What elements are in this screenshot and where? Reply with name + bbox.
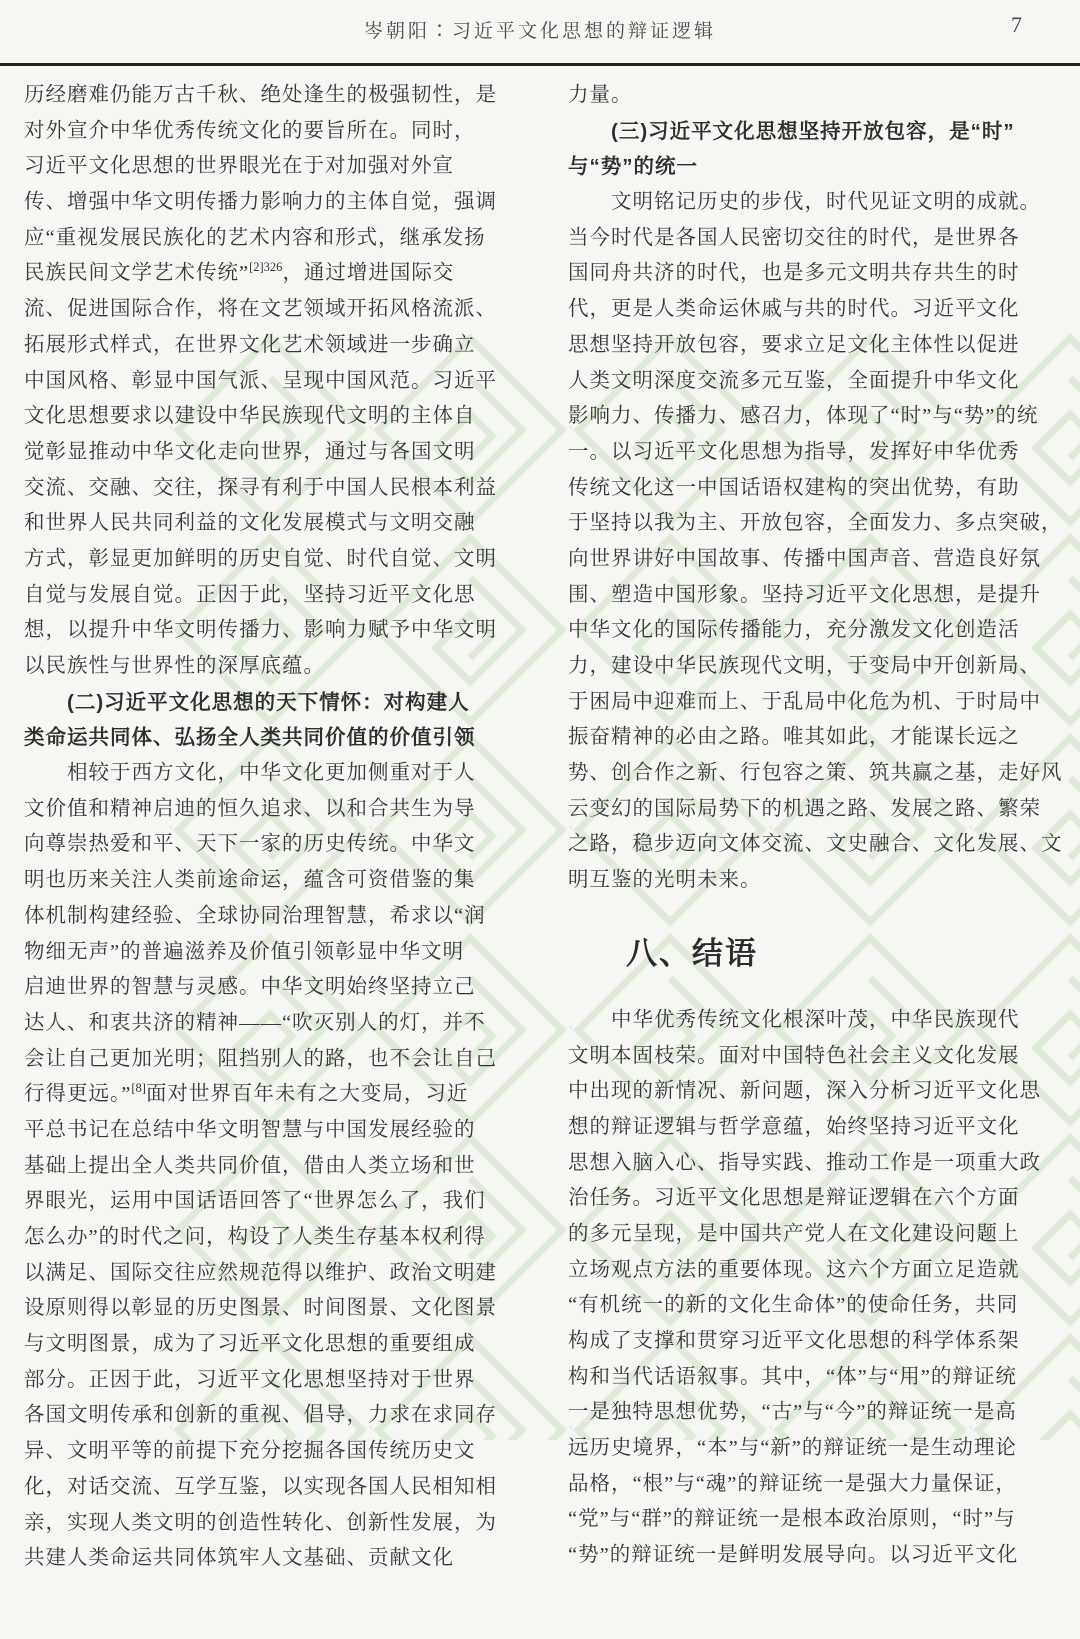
text-line: 历经磨难仍能万古千秋、绝处逢生的极强韧性，是 bbox=[24, 78, 516, 114]
text-line: 部分。正因于此，习近平文化思想坚持对于世界 bbox=[24, 1363, 516, 1399]
text-line: 当今时代是各国人民密切交往的时代，是世界各 bbox=[568, 221, 1056, 257]
text-line: 想的辩证逻辑与哲学意蕴，始终坚持习近平文化 bbox=[568, 1110, 1056, 1146]
text-line: 中国风格、彰显中国气派、呈现中国风范。习近平 bbox=[24, 364, 516, 400]
text-line: 向世界讲好中国故事、传播中国声音、营造良好氛 bbox=[568, 542, 1056, 578]
text-line: 之路，稳步迈向文体交流、文史融合、文化发展、文 bbox=[568, 827, 1056, 863]
section-heading: 八、结语 bbox=[568, 899, 1056, 1003]
text-line: 交流、交融、交往，探寻有利于中国人民根本利益 bbox=[24, 471, 516, 507]
citation-superscript: [8] bbox=[131, 1081, 146, 1095]
text-line: 自觉与发展自觉。正因于此，坚持习近平文化思 bbox=[24, 578, 516, 614]
text-line: 想，以提升中华文明传播力、影响力赋予中华文明 bbox=[24, 613, 516, 649]
text-line: 共建人类命运共同体筑牢人文基础、贡献文化 bbox=[24, 1541, 516, 1577]
text-line: 会让自己更加光明；阻挡别人的路，也不会让自己 bbox=[24, 1042, 516, 1078]
text-line: 于困局中迎难而上、于乱局中化危为机、于时局中 bbox=[568, 685, 1056, 721]
text-line: 和世界人民共同利益的文化发展模式与文明交融 bbox=[24, 506, 516, 542]
text-line: 怎么办”的时代之问，构设了人类生存基本权利得 bbox=[24, 1220, 516, 1256]
text-line: 习近平文化思想的世界眼光在于对加强对外宣 bbox=[24, 149, 516, 185]
text-line: 思想坚持开放包容，要求立足文化主体性以促进 bbox=[568, 328, 1056, 364]
page-number: 7 bbox=[1011, 12, 1022, 38]
text-line: 应“重视发展民族化的艺术内容和形式，继承发扬 bbox=[24, 221, 516, 257]
text-line: 达人、和衷共济的精神——“吹灭别人的灯，并不 bbox=[24, 1006, 516, 1042]
text-line: 文明铭记历史的步伐，时代见证文明的成就。 bbox=[568, 185, 1056, 221]
text-line: “有机统一的新的文化生命体”的使命任务，共同 bbox=[568, 1288, 1056, 1324]
left-column: 历经磨难仍能万古千秋、绝处逢生的极强韧性，是对外宣介中华优秀传统文化的要旨所在。… bbox=[24, 78, 516, 1577]
text-line: 民族民间文学艺术传统”[2]326，通过增进国际交 bbox=[24, 256, 516, 292]
text-line: 中华优秀传统文化根深叶茂，中华民族现代 bbox=[568, 1003, 1056, 1039]
text-line: 方式，彰显更加鲜明的历史自觉、时代自觉、文明 bbox=[24, 542, 516, 578]
text-line: 拓展形式样式，在世界文化艺术领域进一步确立 bbox=[24, 328, 516, 364]
text-line: 构和当代话语叙事。其中，“体”与“用”的辩证统 bbox=[568, 1360, 1056, 1396]
text-line: 力量。 bbox=[568, 78, 1056, 114]
text-line: 流、促进国际合作，将在文艺领域开拓风格流派、 bbox=[24, 292, 516, 328]
text-line: 中华文化的国际传播能力，充分激发文化创造活 bbox=[568, 613, 1056, 649]
text-line: 远历史境界，“本”与“新”的辩证统一是生动理论 bbox=[568, 1431, 1056, 1467]
subheading-line: 与“势”的统一 bbox=[568, 149, 1056, 185]
text-line: 界眼光，运用中国话语回答了“世界怎么了，我们 bbox=[24, 1184, 516, 1220]
text-line: “党”与“群”的辩证统一是根本政治原则，“时”与 bbox=[568, 1502, 1056, 1538]
text-line: 平总书记在总结中华文明智慧与中国发展经验的 bbox=[24, 1113, 516, 1149]
text-line: 一是独特思想优势，“古”与“今”的辩证统一是高 bbox=[568, 1395, 1056, 1431]
subheading-line: (三)习近平文化思想坚持开放包容，是“时” bbox=[568, 114, 1056, 150]
text-line: 对外宣介中华优秀传统文化的要旨所在。同时， bbox=[24, 114, 516, 150]
text-line: 向尊崇热爱和平、天下一家的历史传统。中华文 bbox=[24, 827, 516, 863]
text-line: 传统文化这一中国话语权建构的突出优势，有助 bbox=[568, 471, 1056, 507]
text-line: 于坚持以我为主、开放包容，全面发力、多点突破， bbox=[568, 506, 1056, 542]
text-line: 治任务。习近平文化思想是辩证逻辑在六个方面 bbox=[568, 1181, 1056, 1217]
running-head-title: 岑朝阳∶习近平文化思想的辩证逻辑 bbox=[0, 16, 1080, 43]
text-line: 各国文明传承和创新的重视、倡导，力求在求同存 bbox=[24, 1398, 516, 1434]
text-line: 明也历来关注人类前途命运，蕴含可资借鉴的集 bbox=[24, 863, 516, 899]
text-line: 立场观点方法的重要体现。这六个方面立足造就 bbox=[568, 1253, 1056, 1289]
text-line: 亲，实现人类文明的创造性转化、创新性发展，为 bbox=[24, 1506, 516, 1542]
text-line: 明互鉴的光明未来。 bbox=[568, 863, 1056, 899]
text-line: 设原则得以彰显的历史图景、时间图景、文化图景 bbox=[24, 1291, 516, 1327]
citation-superscript: [2]326 bbox=[249, 261, 282, 275]
text-line: 思想入脑入心、指导实践、推动工作是一项重大政 bbox=[568, 1146, 1056, 1182]
right-column: 力量。 (三)习近平文化思想坚持开放包容，是“时”与“势”的统一 文明铭记历史的… bbox=[568, 78, 1056, 1574]
text-line: 传、增强中华文明传播力影响力的主体自觉，强调 bbox=[24, 185, 516, 221]
subheading-line: (二)习近平文化思想的天下情怀：对构建人 bbox=[24, 685, 516, 721]
text-line: 力，建设中华民族现代文明，于变局中开创新局、 bbox=[568, 649, 1056, 685]
text-line: 国同舟共济的时代，也是多元文明共存共生的时 bbox=[568, 256, 1056, 292]
text-line: 文价值和精神启迪的恒久追求、以和合共生为导 bbox=[24, 792, 516, 828]
text-line: 构成了支撑和贯穿习近平文化思想的科学体系架 bbox=[568, 1324, 1056, 1360]
text-line: 中出现的新情况、新问题，深入分析习近平文化思 bbox=[568, 1074, 1056, 1110]
text-line: 文化思想要求以建设中华民族现代文明的主体自 bbox=[24, 399, 516, 435]
text-line: 一。以习近平文化思想为指导，发挥好中华优秀 bbox=[568, 435, 1056, 471]
text-line: 基础上提出全人类共同价值，借由人类立场和世 bbox=[24, 1149, 516, 1185]
text-line: 化，对话交流、互学互鉴，以实现各国人民相知相 bbox=[24, 1470, 516, 1506]
text-line: 与文明图景，成为了习近平文化思想的重要组成 bbox=[24, 1327, 516, 1363]
text-line: 品格，“根”与“魂”的辩证统一是强大力量保证， bbox=[568, 1467, 1056, 1503]
text-line: 的多元呈现，是中国共产党人在文化建设问题上 bbox=[568, 1217, 1056, 1253]
text-line: 物细无声”的普遍滋养及价值引领彰显中华文明 bbox=[24, 935, 516, 971]
text-line: 以民族性与世界性的深厚底蕴。 bbox=[24, 649, 516, 685]
page-header: 岑朝阳∶习近平文化思想的辩证逻辑 7 bbox=[0, 0, 1080, 58]
text-line: 人类文明深度交流多元互鉴，全面提升中华文化 bbox=[568, 364, 1056, 400]
text-line: 启迪世界的智慧与灵感。中华文明始终坚持立己 bbox=[24, 970, 516, 1006]
text-line: 围、塑造中国形象。坚持习近平文化思想，是提升 bbox=[568, 578, 1056, 614]
text-line: 振奋精神的必由之路。唯其如此，才能谋长远之 bbox=[568, 720, 1056, 756]
text-line: 代，更是人类命运休戚与共的时代。习近平文化 bbox=[568, 292, 1056, 328]
header-rule bbox=[0, 63, 1080, 66]
text-line: 文明本固枝荣。面对中国特色社会主义文化发展 bbox=[568, 1039, 1056, 1075]
text-line: 相较于西方文化，中华文化更加侧重对于人 bbox=[24, 756, 516, 792]
text-line: 觉彰显推动中华文化走向世界，通过与各国文明 bbox=[24, 435, 516, 471]
text-line: “势”的辩证统一是鲜明发展导向。以习近平文化 bbox=[568, 1538, 1056, 1574]
text-line: 体机制构建经验、全球协同治理智慧，希求以“润 bbox=[24, 899, 516, 935]
subheading-line: 类命运共同体、弘扬全人类共同价值的价值引领 bbox=[24, 720, 516, 756]
text-line: 异、文明平等的前提下充分挖掘各国传统历史文 bbox=[24, 1434, 516, 1470]
text-line: 云变幻的国际局势下的机遇之路、发展之路、繁荣 bbox=[568, 792, 1056, 828]
text-line: 行得更远。”[8]面对世界百年未有之大变局，习近 bbox=[24, 1077, 516, 1113]
text-line: 影响力、传播力、感召力，体现了“时”与“势”的统 bbox=[568, 399, 1056, 435]
text-line: 势、创合作之新、行包容之策、筑共赢之基，走好风 bbox=[568, 756, 1056, 792]
text-line: 以满足、国际交往应然规范得以维护、政治文明建 bbox=[24, 1256, 516, 1292]
